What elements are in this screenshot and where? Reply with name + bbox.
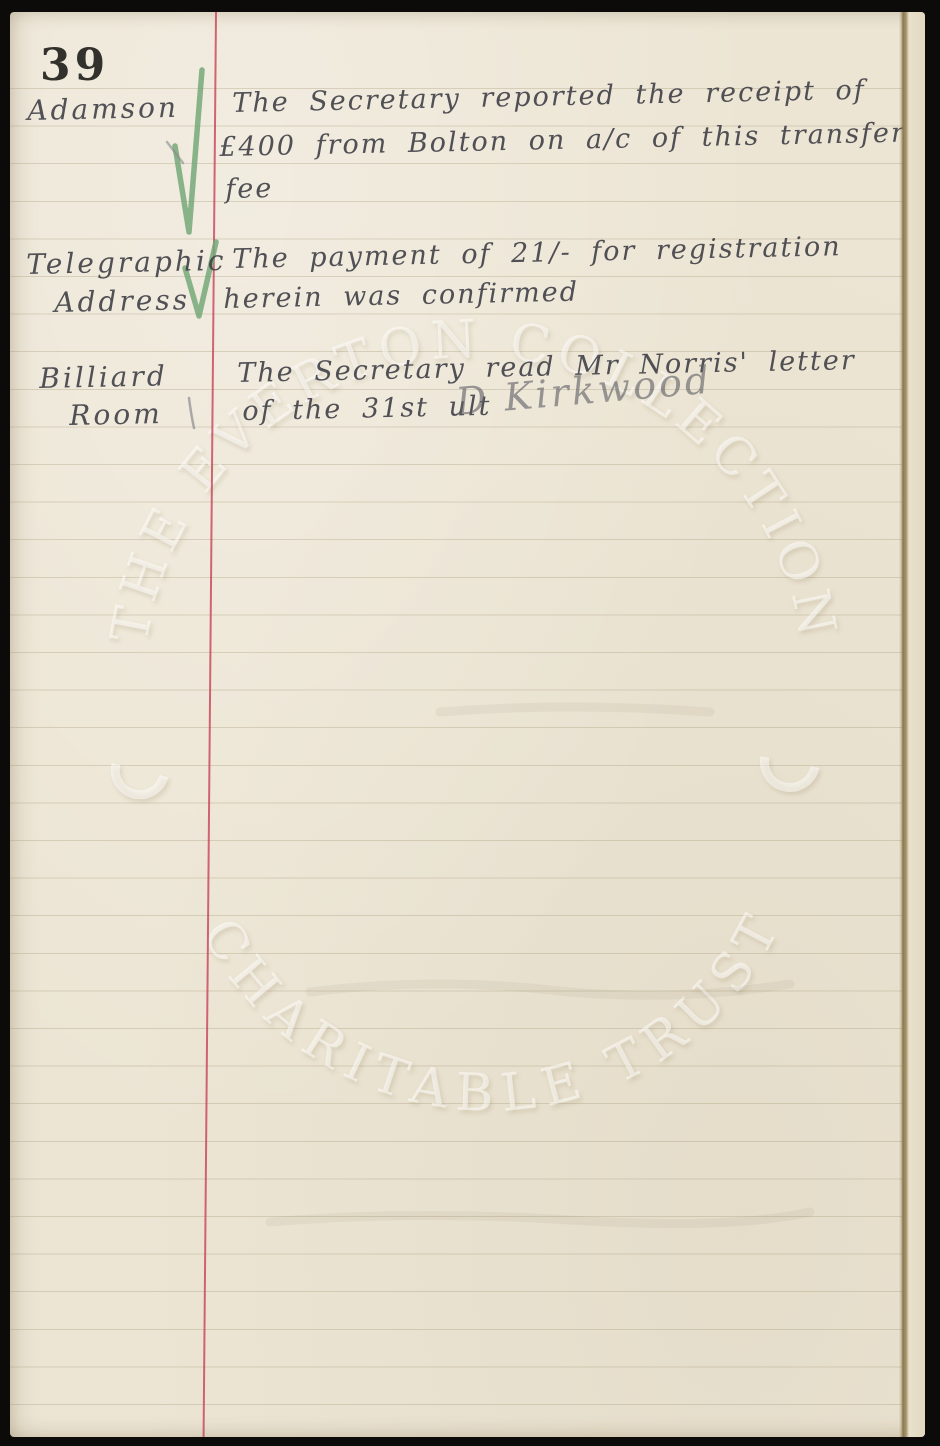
watermark-arc-bottom-text: CHARITABLE TRUST [190, 898, 795, 1124]
ledger-page: THE EVERTON COLLECTION CHARITABLE TRUST … [10, 12, 925, 1437]
scanned-minute-book-photo: { "page": { "number": "39" }, "watermark… [0, 0, 940, 1446]
everton-collection-watermark: THE EVERTON COLLECTION CHARITABLE TRUST [10, 12, 925, 1437]
bleed-through-smudges [270, 707, 810, 1224]
annotation-marks [10, 12, 925, 1437]
entry-body-line: herein was confirmed [223, 277, 579, 315]
watermark-right-crescent-icon [765, 757, 815, 787]
pencil-tick-adamson-icon [167, 142, 183, 163]
entry-margin-heading: Telegraphic [26, 244, 227, 281]
entry-margin-heading: Address [54, 283, 190, 319]
entry-body-line: The Secretary reported the receipt of [232, 75, 866, 119]
entry-margin-heading: Room [69, 397, 163, 432]
page-edge [899, 12, 925, 1437]
entry-body-line: of the 31st ult [242, 391, 492, 427]
entry-body-line: The payment of 21/- for registration [232, 231, 842, 275]
entry-body-line: fee [225, 173, 274, 205]
margin-rule [203, 12, 217, 1437]
pencil-tick-billiard-icon [189, 398, 194, 428]
entry-body-line: £400 from Bolton on a/c of this transfer [219, 118, 906, 163]
page-number: 39 [40, 40, 109, 91]
entry-margin-heading: Adamson [27, 91, 179, 127]
entry-margin-heading: Billiard [39, 359, 168, 395]
watermark-left-crescent-icon [115, 764, 164, 795]
